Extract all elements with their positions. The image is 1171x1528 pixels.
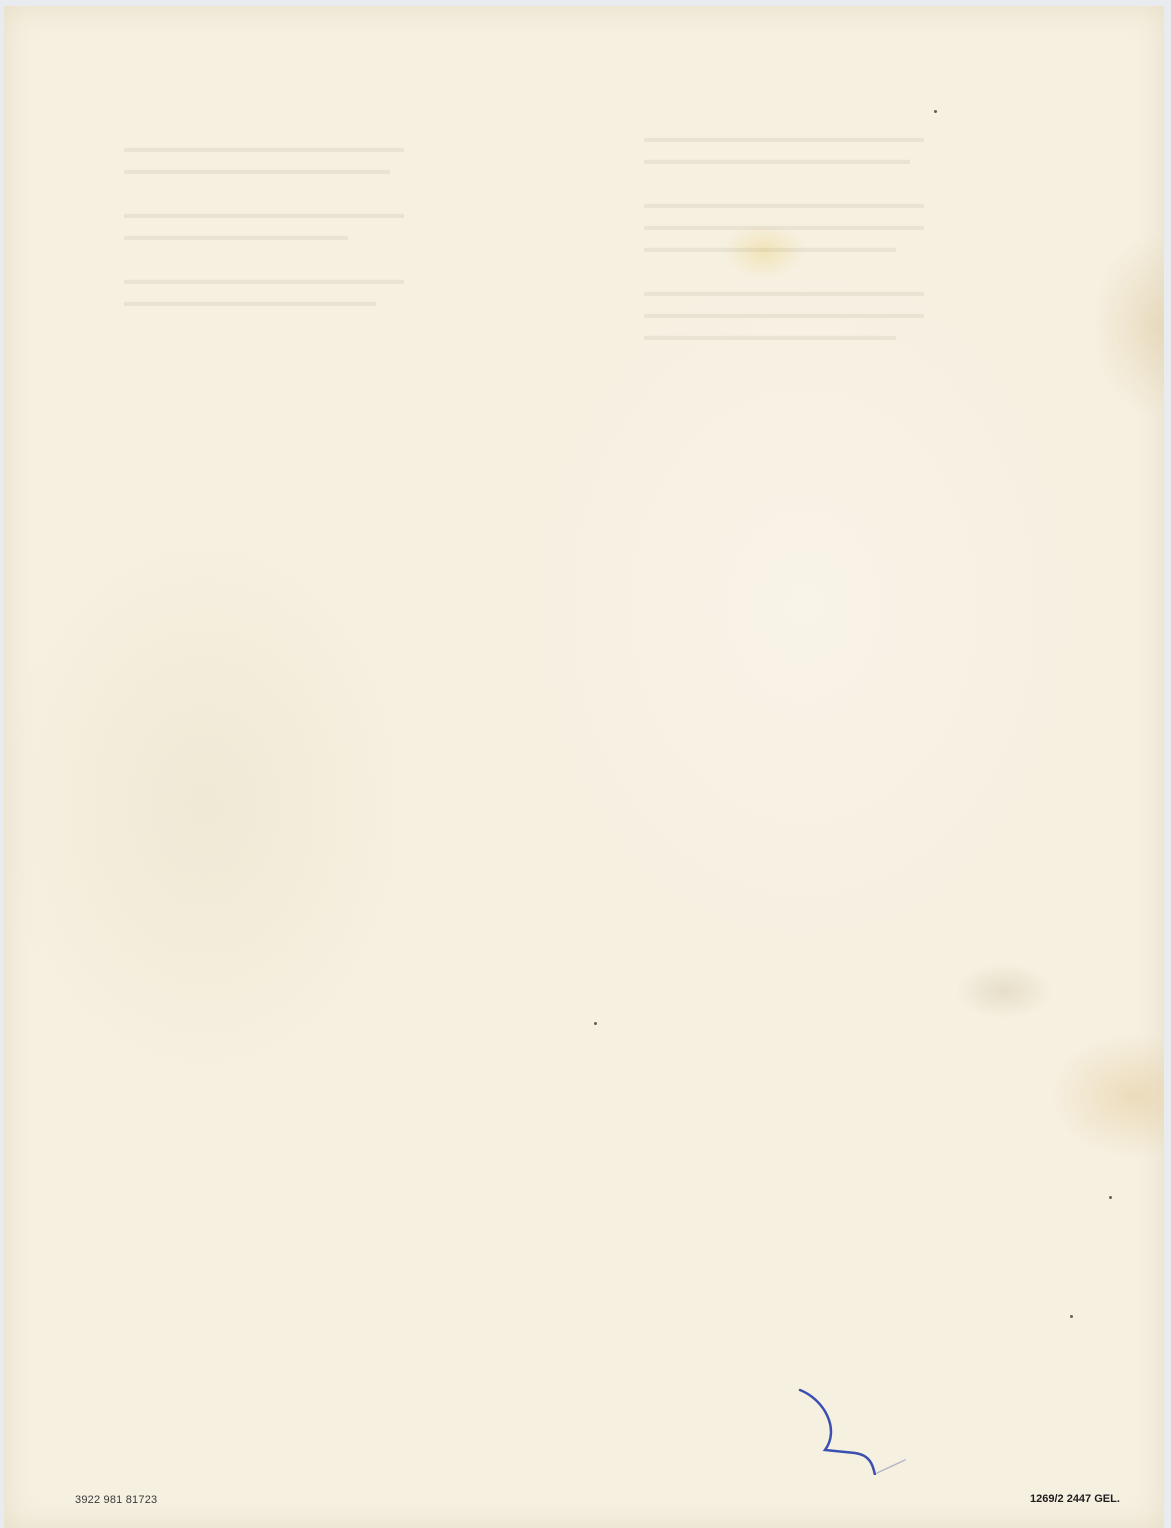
paper-sheet: ▬▬▬▬▬▬▬▬▬▬▬▬▬▬▬▬▬▬▬▬ ▬▬▬▬▬▬▬▬▬▬▬▬▬▬▬▬▬▬▬… xyxy=(4,6,1164,1528)
footer-print-code: 1269/2 2447 GEL. xyxy=(1030,1493,1120,1505)
ink-speck xyxy=(1109,1196,1112,1199)
ink-speck xyxy=(934,110,937,113)
handwritten-page-number xyxy=(795,1385,915,1475)
ink-speck xyxy=(594,1022,597,1025)
footer-part-number: 3922 981 81723 xyxy=(75,1494,157,1506)
bleed-through-text-left: ▬▬▬▬▬▬▬▬▬▬▬▬▬▬▬▬▬▬▬▬ ▬▬▬▬▬▬▬▬▬▬▬▬▬▬▬▬▬▬▬… xyxy=(124,136,404,312)
bleed-through-text-right: ▬▬▬▬▬▬▬▬▬▬▬▬▬▬▬▬▬▬▬▬ ▬▬▬▬▬▬▬▬▬▬▬▬▬▬▬▬▬▬▬… xyxy=(644,126,924,346)
ink-speck xyxy=(1070,1315,1073,1318)
